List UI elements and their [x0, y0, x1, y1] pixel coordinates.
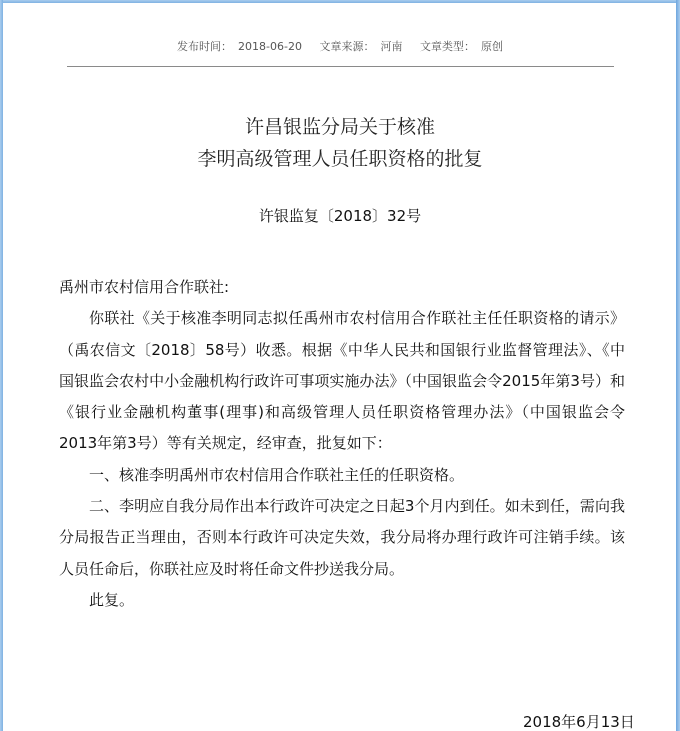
- body-paragraph: 你联社《关于核准李明同志拟任禹州市农村信用合作联社主任任职资格的请示》（禹农信文…: [59, 303, 625, 459]
- type-label: 文章类型：: [420, 40, 475, 53]
- publish-time: 发布时间：2018-06-20: [174, 40, 305, 53]
- source-label: 文章来源：: [319, 40, 374, 53]
- window-frame-left: [0, 0, 3, 731]
- article-meta: 发布时间：2018-06-20 文章来源：河南 文章类型：原创: [0, 38, 680, 54]
- source-value: 河南: [380, 40, 402, 53]
- window-frame-top: [0, 0, 680, 3]
- document-title-line1: 许昌银监分局关于核准: [0, 112, 680, 139]
- closing-phrase: 此复。: [59, 585, 625, 616]
- type-value: 原创: [481, 40, 503, 53]
- body-paragraph: 二、李明应自我分局作出本行政许可决定之日起3个月内到任。如未到任，需向我分局报告…: [59, 491, 625, 585]
- document-title-line2: 李明高级管理人员任职资格的批复: [0, 144, 680, 171]
- publish-time-value: 2018-06-20: [238, 40, 302, 53]
- document-number: 许银监复〔2018〕32号: [0, 205, 680, 226]
- article-source: 文章来源：河南: [316, 40, 405, 53]
- document-date: 2018年6月13日: [523, 711, 635, 731]
- addressee: 禹州市农村信用合作联社:: [59, 272, 625, 303]
- window-frame-right: [676, 0, 680, 731]
- publish-time-label: 发布时间：: [177, 40, 232, 53]
- article-type: 文章类型：原创: [417, 40, 506, 53]
- divider: [67, 66, 614, 67]
- body-paragraph: 一、核准李明禹州市农村信用合作联社主任的任职资格。: [59, 460, 625, 491]
- document-body: 禹州市农村信用合作联社: 你联社《关于核准李明同志拟任禹州市农村信用合作联社主任…: [59, 272, 625, 616]
